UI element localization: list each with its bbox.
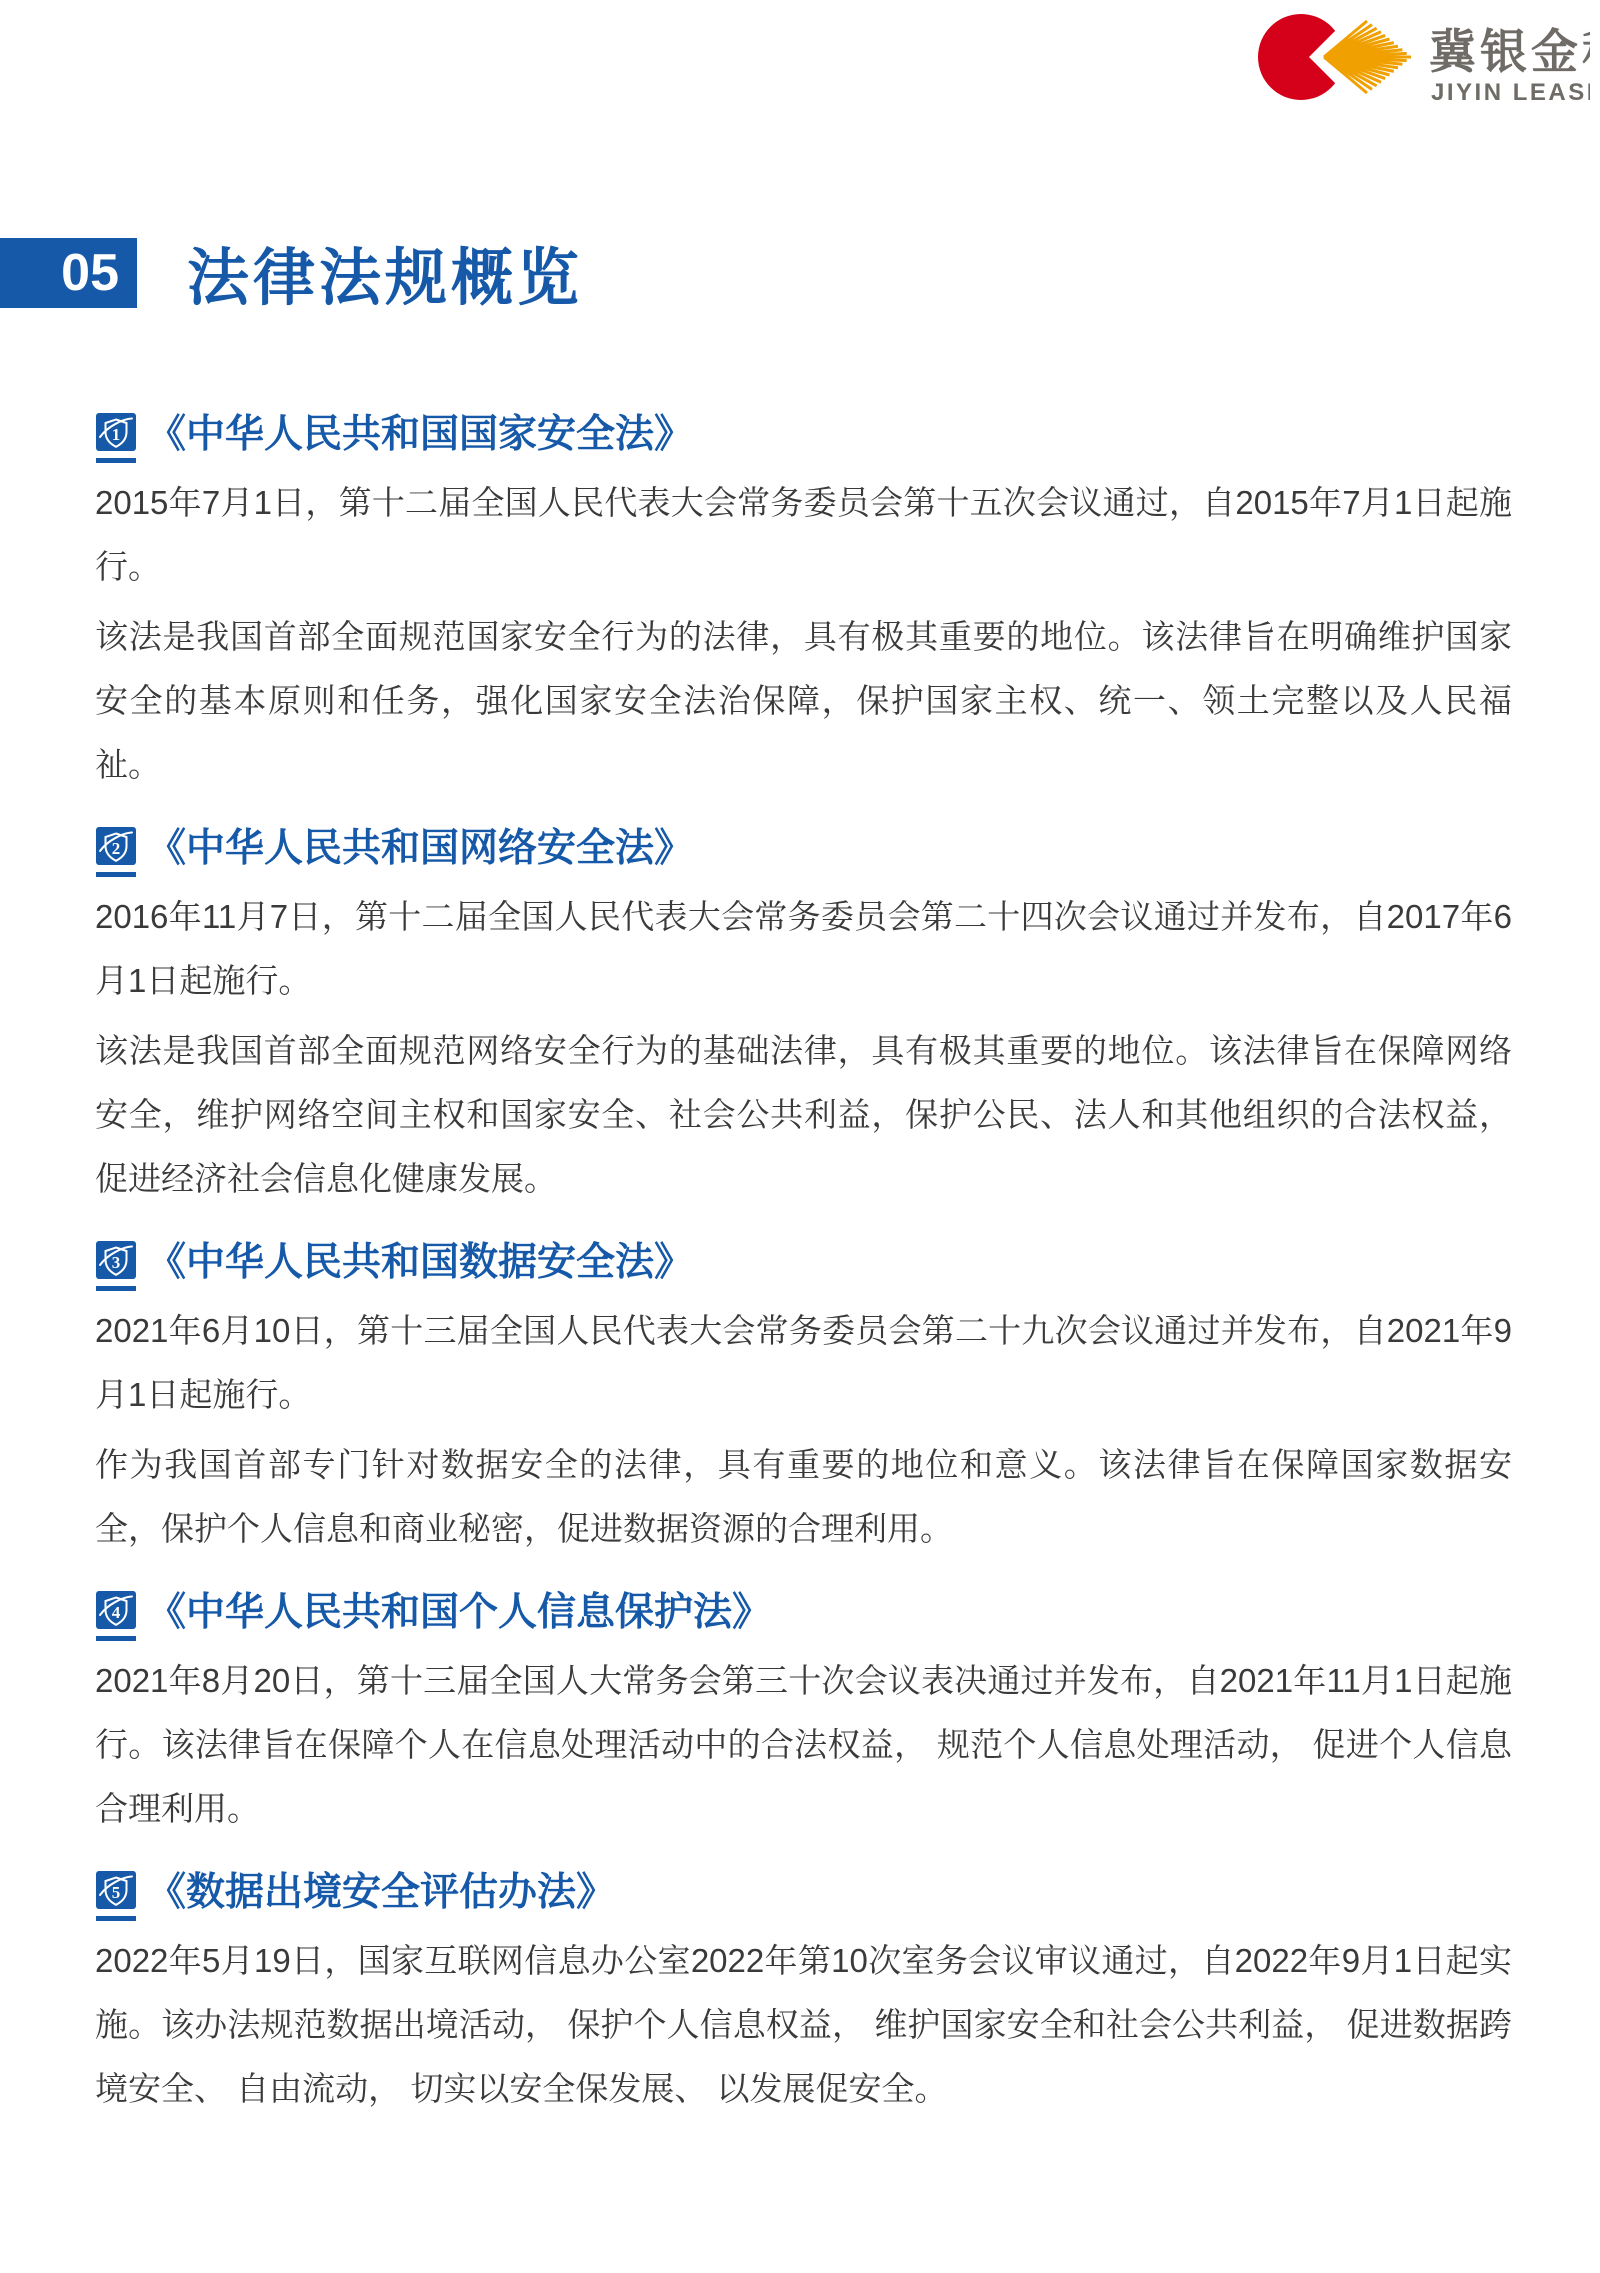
shield-number-icon: 1: [95, 413, 137, 465]
section-title: 《中华人民共和国数据安全法》: [147, 1239, 693, 1288]
section-data-security-law: 3 《中华人民共和国数据安全法》 2021年6月10日，第十三届全国人民代表大会…: [95, 1239, 1512, 1561]
document-content: 1 《中华人民共和国国家安全法》 2015年7月1日，第十二届全国人民代表大会常…: [0, 317, 1600, 2121]
paragraph: 2021年8月20日，第十三届全国人大常务会第三十次会议表决通过并发布，自202…: [95, 1649, 1512, 1841]
logo-name-cn: 冀银金租: [1429, 25, 1590, 78]
section-header: 3 《中华人民共和国数据安全法》: [95, 1239, 1512, 1293]
section-header: 2 《中华人民共和国网络安全法》: [95, 825, 1512, 879]
section-personal-info-protection-law: 4 《中华人民共和国个人信息保护法》 2021年8月20日，第十三届全国人大常务…: [95, 1589, 1512, 1841]
shield-number-icon: 5: [95, 1871, 137, 1923]
section-header: 4 《中华人民共和国个人信息保护法》: [95, 1589, 1512, 1643]
paragraph: 2015年7月1日，第十二届全国人民代表大会常务委员会第十五次会议通过，自201…: [95, 471, 1512, 599]
svg-text:1: 1: [112, 425, 121, 444]
paragraph: 2022年5月19日，国家互联网信息办公室2022年第10次室务会议审议通过，自…: [95, 1929, 1512, 2121]
svg-text:5: 5: [112, 1883, 121, 1902]
section-title: 《中华人民共和国个人信息保护法》: [147, 1589, 771, 1638]
svg-text:2: 2: [112, 839, 121, 858]
logo-mark-icon: 冀银金租 JIYIN LEASING: [1255, 8, 1590, 106]
section-title: 《中华人民共和国国家安全法》: [147, 411, 693, 460]
paragraph: 2021年6月10日，第十三届全国人民代表大会常务委员会第二十九次会议通过并发布…: [95, 1299, 1512, 1427]
page-title-row: 05 法律法规概览: [0, 228, 1600, 317]
section-national-security-law: 1 《中华人民共和国国家安全法》 2015年7月1日，第十二届全国人民代表大会常…: [95, 411, 1512, 797]
section-title: 《数据出境安全评估办法》: [147, 1869, 615, 1918]
section-title: 《中华人民共和国网络安全法》: [147, 825, 693, 874]
paragraph: 该法是我国首部全面规范国家安全行为的法律，具有极其重要的地位。该法律旨在明确维护…: [95, 605, 1512, 797]
shield-number-icon: 3: [95, 1241, 137, 1293]
page-title: 法律法规概览: [187, 228, 583, 317]
svg-text:3: 3: [112, 1253, 121, 1272]
svg-text:4: 4: [112, 1603, 121, 1622]
company-logo: 冀银金租 JIYIN LEASING: [1255, 8, 1590, 111]
section-cybersecurity-law: 2 《中华人民共和国网络安全法》 2016年11月7日，第十二届全国人民代表大会…: [95, 825, 1512, 1211]
section-header: 5 《数据出境安全评估办法》: [95, 1869, 1512, 1923]
section-data-export-assessment-measures: 5 《数据出境安全评估办法》 2022年5月19日，国家互联网信息办公室2022…: [95, 1869, 1512, 2121]
section-number-badge: 05: [0, 238, 137, 308]
shield-number-icon: 2: [95, 827, 137, 879]
paragraph: 2016年11月7日，第十二届全国人民代表大会常务委员会第二十四次会议通过并发布…: [95, 885, 1512, 1013]
paragraph: 作为我国首部专门针对数据安全的法律，具有重要的地位和意义。该法律旨在保障国家数据…: [95, 1433, 1512, 1561]
page: { "colors":{ "accent":"#1659A8", "body_t…: [0, 0, 1600, 2273]
section-header: 1 《中华人民共和国国家安全法》: [95, 411, 1512, 465]
shield-number-icon: 4: [95, 1591, 137, 1643]
logo-name-en: JIYIN LEASING: [1431, 79, 1590, 106]
paragraph: 该法是我国首部全面规范网络安全行为的基础法律，具有极其重要的地位。该法律旨在保障…: [95, 1019, 1512, 1211]
